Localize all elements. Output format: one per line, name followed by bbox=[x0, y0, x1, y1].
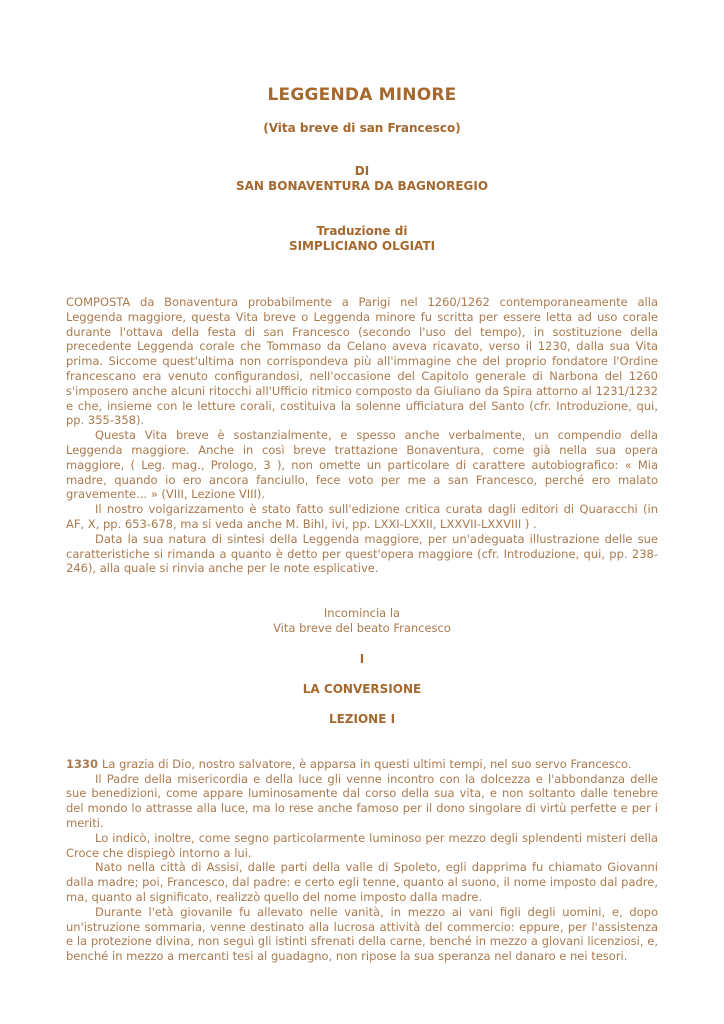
lesson-paragraph: Il Padre della misericordia e della luce… bbox=[66, 772, 658, 831]
by-label: DI bbox=[66, 164, 658, 179]
lesson-opening-text: La grazia di Dio, nostro salvatore, è ap… bbox=[102, 757, 632, 771]
incipit-line1: Incomincia la bbox=[66, 606, 658, 621]
author-name: SAN BONAVENTURA DA BAGNOREGIO bbox=[66, 179, 658, 194]
intro-paragraph: Questa Vita breve è sostanzialmente, e s… bbox=[66, 428, 658, 502]
document-subtitle: (Vita breve di san Francesco) bbox=[66, 121, 658, 136]
byline-block: DI SAN BONAVENTURA DA BAGNOREGIO bbox=[66, 164, 658, 194]
verse-number: 1330 bbox=[66, 757, 98, 771]
lesson-paragraph: Durante l'età giovanile fu allevato nell… bbox=[66, 905, 658, 964]
lesson-opening-paragraph: 1330La grazia di Dio, nostro salvatore, … bbox=[66, 757, 658, 772]
intro-paragraph: COMPOSTA da Bonaventura probabilmente a … bbox=[66, 295, 658, 428]
lesson-paragraph: Nato nella città di Assisi, dalle parti … bbox=[66, 860, 658, 904]
translator-name: SIMPLICIANO OLGIATI bbox=[66, 239, 658, 254]
intro-paragraph: Il nostro volgarizzamento è stato fatto … bbox=[66, 502, 658, 532]
translation-label: Traduzione di bbox=[66, 224, 658, 239]
introduction-section: COMPOSTA da Bonaventura probabilmente a … bbox=[66, 295, 658, 576]
intro-paragraph: Data la sua natura di sintesi della Legg… bbox=[66, 532, 658, 576]
lesson-heading: LEZIONE I bbox=[66, 712, 658, 727]
lesson-section: 1330La grazia di Dio, nostro salvatore, … bbox=[66, 757, 658, 964]
document-page: LEGGENDA MINORE (Vita breve di san Franc… bbox=[66, 0, 658, 964]
incipit-block: Incomincia la Vita breve del beato Franc… bbox=[66, 606, 658, 636]
chapter-title: LA CONVERSIONE bbox=[66, 682, 658, 697]
translation-block: Traduzione di SIMPLICIANO OLGIATI bbox=[66, 224, 658, 254]
document-title: LEGGENDA MINORE bbox=[66, 85, 658, 106]
lesson-paragraph: Lo indicò, inoltre, come segno particola… bbox=[66, 831, 658, 861]
chapter-number: I bbox=[66, 652, 658, 667]
incipit-line2: Vita breve del beato Francesco bbox=[66, 621, 658, 636]
